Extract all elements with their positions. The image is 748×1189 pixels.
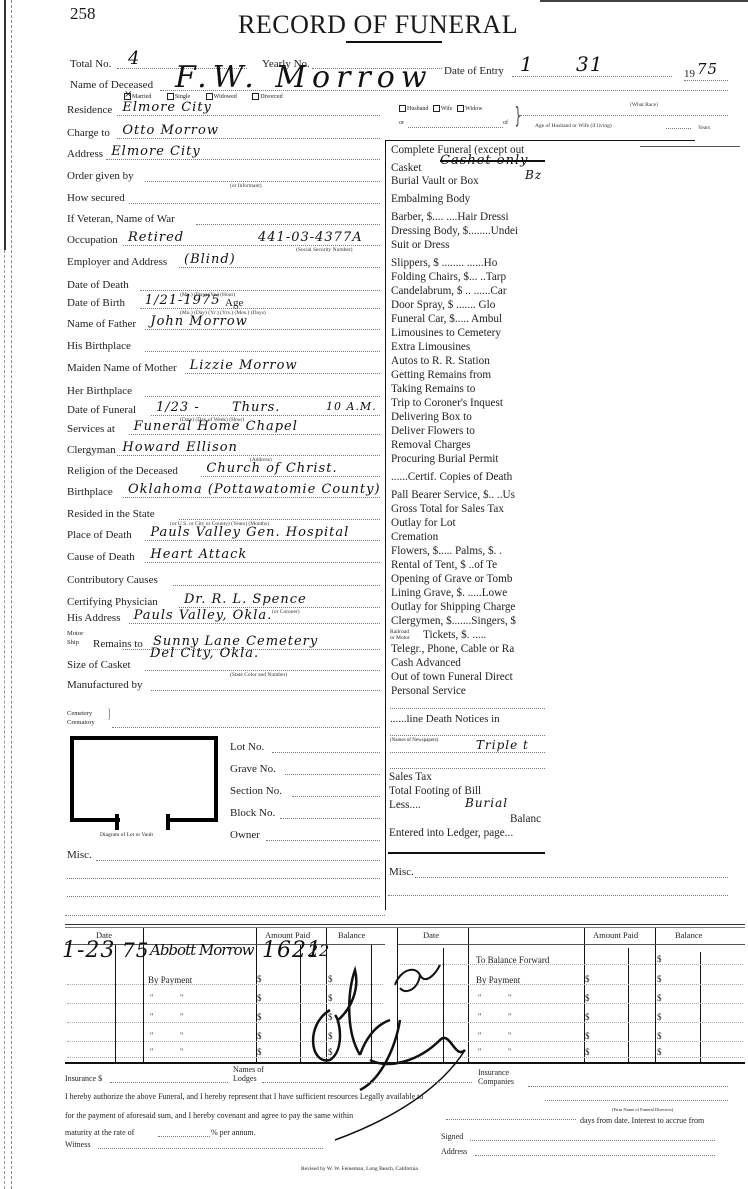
- charges-panel-border: [385, 140, 386, 910]
- date-of-funeral-label: Date of Funeral: [67, 404, 136, 416]
- authorize-line-2: for the payment of aforesaid sum, and I …: [65, 1111, 353, 1120]
- maturity-line: maturity at the rate of: [65, 1128, 134, 1137]
- lot-no-label: Lot No.: [230, 741, 264, 753]
- charge-item: Door Spray, $ ....... Glo: [391, 299, 545, 311]
- ditto-mark: ": [478, 1047, 481, 1056]
- casket-size-sublabel: (State Color and Number): [230, 672, 287, 678]
- date-of-birth-value[interactable]: 1/21-1975: [145, 293, 221, 308]
- marital-widowed[interactable]: Widowed: [206, 94, 237, 100]
- binding-perforation: [11, 0, 12, 1189]
- contributory-label: Contributory Causes: [67, 574, 158, 586]
- ditto-mark: ": [508, 993, 511, 1002]
- amount-dollar-sign: $: [257, 1031, 262, 1041]
- charge-item: Personal Service: [391, 685, 545, 697]
- binding-perforation-lower: [4, 250, 5, 1189]
- address-label: Address: [441, 1147, 467, 1156]
- date-of-birth-label: Date of Birth: [67, 297, 125, 309]
- spouse-husband[interactable]: Husband: [399, 106, 428, 112]
- cause-of-death-value[interactable]: Heart Attack: [150, 547, 247, 562]
- veteran-label: If Veteran, Name of War: [67, 213, 175, 225]
- charge-item: Flowers, $..... Palms, $. .: [391, 545, 545, 557]
- services-at-label: Services at: [67, 423, 115, 435]
- charge-item: Candelabrum, $ .. ......Car: [391, 285, 545, 297]
- charge-item: Delivering Box to: [391, 411, 545, 423]
- spouse-options: Husband Wife Widow: [399, 105, 483, 112]
- newspapers-value[interactable]: Triple t: [476, 738, 529, 752]
- occupation-value[interactable]: Retired: [128, 230, 184, 245]
- charge-item: Getting Remains from: [391, 369, 545, 381]
- insurance-companies-bottom: Companies: [478, 1077, 514, 1086]
- age-label: Age: [225, 297, 243, 309]
- ditto-mark: ": [508, 1012, 511, 1021]
- ditto-mark: ": [478, 1012, 481, 1021]
- ditto-mark: ": [180, 1012, 183, 1021]
- ditto-mark: ": [180, 1031, 183, 1040]
- date-of-funeral-value[interactable]: 1/23 -: [156, 400, 200, 415]
- days-from-date: days from date. Interest to accrue from: [580, 1116, 704, 1125]
- page-number: 258: [70, 4, 96, 24]
- casket-value[interactable]: Cashet only: [440, 153, 529, 168]
- balance-dollar-sign: $: [657, 954, 662, 964]
- amount-dollar-sign: $: [585, 1012, 590, 1022]
- charge-item: Dressing Body, $........Undei: [391, 225, 545, 237]
- ledger-row1-year[interactable]: 75: [122, 938, 149, 962]
- death-notices-label: ......line Death Notices in: [390, 713, 500, 725]
- balance-dollar-sign: $: [657, 1031, 662, 1041]
- charge-item: Opening of Grave or Tomb: [391, 573, 545, 585]
- deceased-name-value[interactable]: F.W. Morrow: [175, 60, 433, 95]
- his-birthplace-label: His Birthplace: [67, 340, 131, 352]
- ledger-page-label: Entered into Ledger, page...: [389, 827, 513, 839]
- marital-divorced[interactable]: Divorced: [252, 94, 282, 100]
- charge-item: Deliver Flowers to: [391, 425, 545, 437]
- marital-married[interactable]: Married: [124, 94, 151, 100]
- manufactured-by-label: Manufactured by: [67, 679, 142, 691]
- charge-item: Cash Advanced: [391, 657, 545, 669]
- charge-item: Trip to Coroner's Inquest: [391, 397, 545, 409]
- ledger-row1-amount-cents[interactable]: 22: [308, 941, 330, 960]
- funeral-day-of-week[interactable]: Thurs.: [232, 400, 280, 415]
- religion-value[interactable]: Church of Christ.: [206, 461, 337, 476]
- page-title: RECORD OF FUNERAL: [238, 10, 518, 40]
- charge-item: Burial Vault or Box: [391, 175, 545, 187]
- ditto-mark: ": [478, 993, 481, 1002]
- charge-item: Slippers, $ ........ ......Ho: [391, 257, 545, 269]
- insurance-companies-top: Insurance: [478, 1068, 509, 1077]
- entry-month[interactable]: 1: [520, 52, 534, 76]
- charge-item: Extra Limousines: [391, 341, 545, 353]
- date-of-death-label: Date of Death: [67, 279, 129, 291]
- charge-item: Tickets, $. .....: [423, 629, 545, 641]
- marital-status-options: Married Single Widowed Divorced: [124, 93, 283, 100]
- residence-label: Residence: [67, 104, 112, 116]
- mother-label: Maiden Name of Mother: [67, 362, 177, 374]
- order-given-by-sublabel: (or Informant): [230, 183, 262, 189]
- charge-item: Folding Chairs, $... ..Tarp: [391, 271, 545, 283]
- balance-dollar-sign: $: [657, 993, 662, 1003]
- clergyman-label: Clergyman: [67, 444, 116, 456]
- his-address-label: His Address: [67, 612, 120, 624]
- marital-single[interactable]: Single: [167, 94, 190, 100]
- charge-item: Funeral Car, $..... Ambul: [391, 313, 545, 325]
- authorize-line-1: I hereby authorize the above Funeral, an…: [65, 1092, 423, 1101]
- charge-item: Embalming Body: [391, 193, 545, 205]
- residence-value[interactable]: Elmore City: [122, 100, 212, 115]
- balance-dollar-sign: $: [328, 1047, 333, 1057]
- her-birthplace-label: Her Birthplace: [67, 385, 132, 397]
- less-label: Less....: [389, 799, 421, 811]
- charge-item: Procuring Burial Permit: [391, 453, 545, 465]
- charge-item: Suit or Dress: [391, 239, 545, 251]
- signed-label: Signed: [441, 1132, 463, 1141]
- ledger-header-amount-paid: Amount Paid: [593, 930, 638, 940]
- charge-item: Limousines to Cemetery: [391, 327, 545, 339]
- charge-item: Gross Total for Sales Tax: [391, 503, 545, 515]
- misc-label-left: Misc.: [67, 849, 92, 861]
- ditto-mark: ": [180, 993, 183, 1002]
- tickets-prefix-bottom: or Motor: [390, 635, 410, 641]
- amount-dollar-sign: $: [585, 993, 590, 1003]
- total-no-label: Total No.: [70, 58, 111, 70]
- amount-dollar-sign: $: [257, 1047, 262, 1057]
- mother-value[interactable]: Lizzie Morrow: [190, 358, 298, 373]
- occupation-sublabel: (Social Security Number): [296, 247, 353, 253]
- cemetery-label: Cemetery: [67, 710, 92, 717]
- ditto-mark: ": [150, 1031, 153, 1040]
- crematory-label: Crematory: [67, 719, 95, 726]
- clergyman-value[interactable]: Howard Ellison: [122, 440, 238, 455]
- address-value[interactable]: Elmore City: [111, 144, 201, 159]
- lot-diagram: [70, 736, 218, 818]
- amount-dollar-sign: $: [585, 974, 590, 984]
- signature-scrawl: [300, 950, 480, 1150]
- father-label: Name of Father: [67, 318, 136, 330]
- services-at-value[interactable]: Funeral Home Chapel: [134, 419, 298, 434]
- grave-no-label: Grave No.: [230, 763, 276, 775]
- casket-size-label: Size of Casket: [67, 659, 131, 671]
- charge-item: Clergymen, $.......Singers, $: [391, 615, 545, 627]
- newspapers-label: (Names of Newspapers): [390, 738, 438, 743]
- lodges-label-bottom: Lodges: [233, 1074, 257, 1083]
- amount-dollar-sign: $: [585, 1031, 590, 1041]
- social-security-number[interactable]: 441-03-4377A: [258, 230, 363, 245]
- ditto-mark: ": [150, 1047, 153, 1056]
- remains-to-location[interactable]: Del City, Okla.: [150, 646, 259, 661]
- balance-dollar-sign: $: [328, 974, 333, 984]
- firm-name-label: (Firm Name of Funeral Directors): [612, 1107, 673, 1112]
- entry-day[interactable]: 31: [576, 52, 603, 76]
- ditto-mark: ": [508, 1031, 511, 1040]
- balance-dollar-sign: $: [328, 993, 333, 1003]
- binding-edge: [4, 0, 6, 250]
- total-no-value[interactable]: 4: [128, 48, 140, 69]
- revised-by: Revised by W. W. Feineman, Long Beach, C…: [301, 1166, 418, 1172]
- amount-dollar-sign: $: [257, 974, 262, 984]
- ledger-row1-date[interactable]: 1-23: [62, 938, 115, 963]
- insurance-label: Insurance $: [65, 1074, 102, 1083]
- block-no-label: Block No.: [230, 807, 275, 819]
- spouse-widow[interactable]: Widow: [457, 106, 482, 112]
- charge-item: Out of town Funeral Direct: [391, 671, 545, 683]
- ditto-mark: ": [478, 1031, 481, 1040]
- entry-year-suffix[interactable]: 75: [697, 60, 718, 78]
- charge-item: Pall Bearer Service, $.. ..Us: [391, 489, 545, 501]
- vault-value[interactable]: Bz: [525, 168, 542, 182]
- title-underline: [346, 41, 442, 43]
- percent-label: % per annum.: [211, 1128, 256, 1137]
- charge-item: Rental of Tent, $ ..of Te: [391, 559, 545, 571]
- funeral-hour[interactable]: 10 A.M.: [326, 400, 377, 413]
- lot-diagram-caption: Diagram of Lot or Vault: [100, 832, 153, 838]
- charge-item: Removal Charges: [391, 439, 545, 451]
- witness-label: Witness: [65, 1140, 90, 1149]
- ditto-mark: ": [508, 1047, 511, 1056]
- spouse-wife[interactable]: Wife: [433, 106, 453, 112]
- physician-sublabel: (or Coroner): [272, 609, 300, 615]
- ship-label: Ship: [67, 639, 79, 646]
- age-spouse-label: Age of Husband or Wife (if living): [535, 123, 612, 129]
- charge-item: Cremation: [391, 531, 545, 543]
- deceased-name-label: Name of Deceased: [70, 79, 153, 91]
- charge-item: Barber, $.... ....Hair Dressi: [391, 211, 545, 223]
- address-label: Address: [67, 148, 103, 160]
- motor-label: Motor: [67, 630, 83, 637]
- ledger-header-balance: Balance: [338, 930, 365, 940]
- employer-label: Employer and Address: [67, 256, 167, 268]
- or-label: or: [399, 120, 404, 126]
- charge-item: Outlay for Lot: [391, 517, 545, 529]
- cause-of-death-label: Cause of Death: [67, 551, 135, 563]
- physician-label: Certifying Physician: [67, 596, 158, 608]
- less-value[interactable]: Burial: [465, 796, 508, 810]
- place-of-death-value[interactable]: Pauls Valley Gen. Hospital: [150, 525, 349, 540]
- employer-value[interactable]: (Blind): [184, 252, 236, 267]
- father-value[interactable]: John Morrow: [150, 314, 247, 329]
- balance-label: Balanc: [510, 813, 541, 825]
- how-secured-label: How secured: [67, 192, 125, 204]
- birthplace-value[interactable]: Oklahoma (Pottawatomie County): [128, 482, 381, 497]
- misc-label-right: Misc.: [389, 866, 414, 878]
- lodges-label-top: Names of: [233, 1065, 264, 1074]
- balance-dollar-sign: $: [328, 1012, 333, 1022]
- entry-year-prefix: 19: [684, 68, 695, 80]
- balance-dollar-sign: $: [328, 1031, 333, 1041]
- charge-item: Taking Remains to: [391, 383, 545, 395]
- charge-item: Telegr., Phone, Cable or Ra: [391, 643, 545, 655]
- charge-to-value[interactable]: Otto Morrow: [122, 123, 219, 138]
- charge-to-label: Charge to: [67, 127, 110, 139]
- amount-dollar-sign: $: [257, 993, 262, 1003]
- charge-item: Lining Grave, $. .....Lowe: [391, 587, 545, 599]
- ledger-header-date: Date: [423, 930, 439, 940]
- ledger-row1-description[interactable]: Abbott Morrow: [150, 941, 254, 959]
- religion-label: Religion of the Deceased: [67, 465, 178, 477]
- section-no-label: Section No.: [230, 785, 282, 797]
- birthplace-label: Birthplace: [67, 486, 113, 498]
- balance-dollar-sign: $: [657, 974, 662, 984]
- ditto-mark: ": [150, 993, 153, 1002]
- amount-dollar-sign: $: [257, 1012, 262, 1022]
- what-race-label: (What Race): [630, 102, 658, 108]
- balance-dollar-sign: $: [657, 1047, 662, 1057]
- of-label: of: [503, 120, 508, 126]
- place-of-death-label: Place of Death: [67, 529, 132, 541]
- sales-tax-label: Sales Tax: [389, 771, 432, 783]
- charge-item: Autos to R. R. Station: [391, 355, 545, 367]
- date-of-entry-label: Date of Entry: [444, 65, 504, 77]
- owner-label: Owner: [230, 829, 260, 841]
- order-given-by-label: Order given by: [67, 170, 134, 182]
- ledger-header-balance: Balance: [675, 930, 702, 940]
- amount-dollar-sign: $: [585, 1047, 590, 1057]
- physician-value[interactable]: Dr. R. L. Spence: [184, 592, 307, 607]
- occupation-label: Occupation: [67, 234, 118, 246]
- charge-item: Outlay for Shipping Charge: [391, 601, 545, 613]
- top-edge-line: [540, 0, 748, 2]
- resided-label: Resided in the State: [67, 508, 155, 520]
- years-label: Years: [698, 125, 710, 131]
- balance-dollar-sign: $: [657, 1012, 662, 1022]
- charge-item: ......Certif. Copies of Death: [391, 471, 545, 483]
- ditto-mark: ": [150, 1012, 153, 1021]
- his-address-value[interactable]: Pauls Valley, Okla.: [134, 608, 273, 623]
- ditto-mark: ": [180, 1047, 183, 1056]
